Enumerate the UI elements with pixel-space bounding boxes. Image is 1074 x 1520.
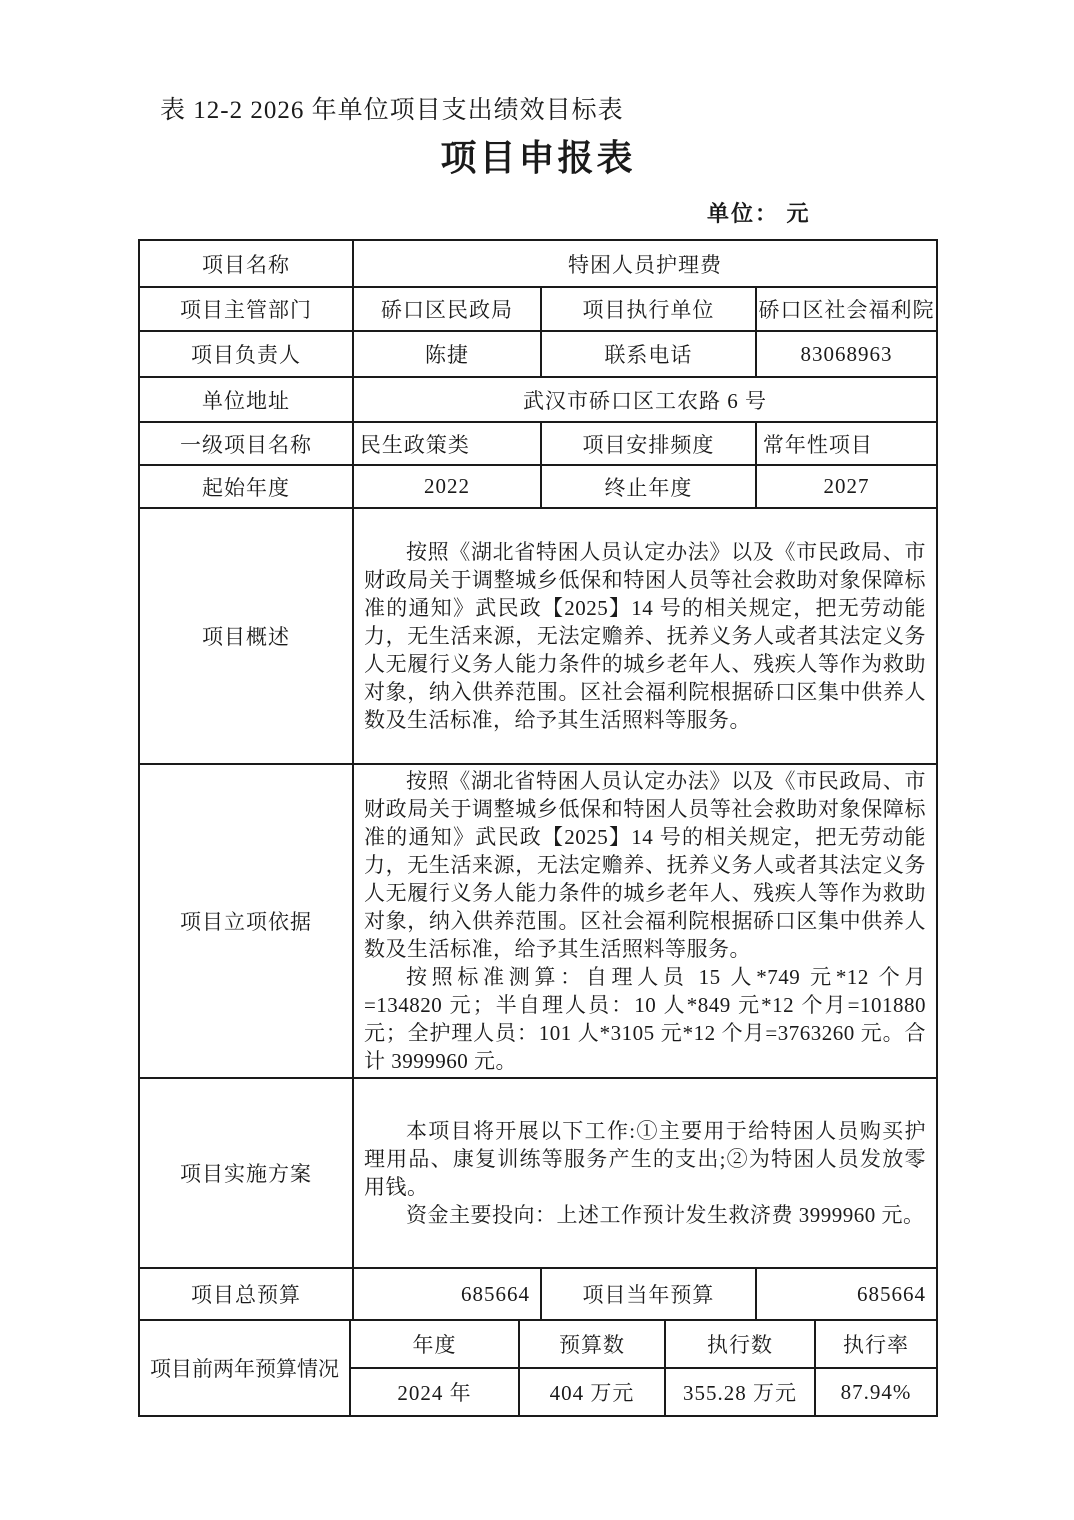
- frequency-value: 常年性项目: [757, 423, 936, 464]
- page-title: 项目申报表: [138, 130, 938, 181]
- plan-label: 项目实施方案: [140, 1079, 354, 1267]
- history-data-row: 2024 年 404 万元 355.28 万元 87.94%: [351, 1369, 936, 1415]
- level1-value: 民生政策类: [354, 423, 542, 464]
- history-col-rate: 执行率: [816, 1321, 936, 1367]
- plan-paragraph-1: 本项目将开展以下工作:①主要用于给特困人员购买护理用品、康复训练等服务产生的支出…: [364, 1117, 926, 1201]
- phone-label: 联系电话: [542, 332, 757, 376]
- manager-value: 陈捷: [354, 332, 542, 376]
- exec-unit-label: 项目执行单位: [542, 288, 757, 330]
- history-exec-value: 355.28 万元: [666, 1369, 816, 1415]
- overview-label: 项目概述: [140, 509, 354, 763]
- basis-paragraph-2: 按照标准测算：自理人员 15 人*749 元*12 个月=134820 元；半自…: [364, 963, 926, 1075]
- basis-paragraph-1: 按照《湖北省特困人员认定办法》以及《市民政局、市财政局关于调整城乡低保和特困人员…: [364, 767, 926, 963]
- doc-table-label: 表 12-2 2026 年单位项目支出绩效目标表: [160, 90, 624, 126]
- dept-label: 项目主管部门: [140, 288, 354, 330]
- row-plan: 项目实施方案 本项目将开展以下工作:①主要用于给特困人员购买护理用品、康复训练等…: [140, 1079, 936, 1269]
- address-label: 单位地址: [140, 378, 354, 421]
- overview-text: 按照《湖北省特困人员认定办法》以及《市民政局、市财政局关于调整城乡低保和特困人员…: [364, 538, 926, 734]
- history-header-row: 年度 预算数 执行数 执行率: [351, 1321, 936, 1369]
- row-level1: 一级项目名称 民生政策类 项目安排频度 常年性项目: [140, 423, 936, 466]
- year-budget-value: 685664: [757, 1269, 936, 1319]
- end-year-value: 2027: [757, 466, 936, 507]
- total-budget-value: 685664: [354, 1269, 542, 1319]
- row-dept: 项目主管部门 硚口区民政局 项目执行单位 硚口区社会福利院: [140, 288, 936, 332]
- exec-unit-value: 硚口区社会福利院: [757, 288, 936, 330]
- history-subtable: 年度 预算数 执行数 执行率 2024 年 404 万元 355.28 万元 8…: [351, 1321, 936, 1415]
- history-label: 项目前两年预算情况: [140, 1321, 351, 1415]
- row-manager: 项目负责人 陈捷 联系电话 83068963: [140, 332, 936, 378]
- level1-label: 一级项目名称: [140, 423, 354, 464]
- document-page: { "colors": { "text": "#1a1a1a", "border…: [0, 0, 1074, 1520]
- total-budget-label: 项目总预算: [140, 1269, 354, 1319]
- year-budget-label: 项目当年预算: [542, 1269, 757, 1319]
- row-history: 项目前两年预算情况 年度 预算数 执行数 执行率 2024 年 404 万元 3…: [140, 1321, 936, 1415]
- application-form-table: 项目名称 特困人员护理费 项目主管部门 硚口区民政局 项目执行单位 硚口区社会福…: [138, 239, 938, 1417]
- dept-value: 硚口区民政局: [354, 288, 542, 330]
- address-value: 武汉市硚口区工农路 6 号: [354, 378, 936, 421]
- history-col-exec: 执行数: [666, 1321, 816, 1367]
- frequency-label: 项目安排频度: [542, 423, 757, 464]
- unit-note: 单位： 元: [707, 197, 811, 228]
- start-year-label: 起始年度: [140, 466, 354, 507]
- row-overview: 项目概述 按照《湖北省特困人员认定办法》以及《市民政局、市财政局关于调整城乡低保…: [140, 509, 936, 765]
- project-name-label: 项目名称: [140, 241, 354, 286]
- history-rate-value: 87.94%: [816, 1369, 936, 1415]
- manager-label: 项目负责人: [140, 332, 354, 376]
- end-year-label: 终止年度: [542, 466, 757, 507]
- history-year-value: 2024 年: [351, 1369, 520, 1415]
- phone-value: 83068963: [757, 332, 936, 376]
- overview-text-cell: 按照《湖北省特困人员认定办法》以及《市民政局、市财政局关于调整城乡低保和特困人员…: [354, 509, 936, 763]
- project-name-value: 特困人员护理费: [354, 241, 936, 286]
- row-project-name: 项目名称 特困人员护理费: [140, 241, 936, 288]
- row-budget: 项目总预算 685664 项目当年预算 685664: [140, 1269, 936, 1321]
- start-year-value: 2022: [354, 466, 542, 507]
- row-years: 起始年度 2022 终止年度 2027: [140, 466, 936, 509]
- row-address: 单位地址 武汉市硚口区工农路 6 号: [140, 378, 936, 423]
- history-col-budget: 预算数: [520, 1321, 666, 1367]
- plan-paragraph-2: 资金主要投向：上述工作预计发生救济费 3999960 元。: [364, 1201, 926, 1229]
- basis-label: 项目立项依据: [140, 765, 354, 1077]
- history-col-year: 年度: [351, 1321, 520, 1367]
- basis-text-cell: 按照《湖北省特困人员认定办法》以及《市民政局、市财政局关于调整城乡低保和特困人员…: [354, 765, 936, 1077]
- row-basis: 项目立项依据 按照《湖北省特困人员认定办法》以及《市民政局、市财政局关于调整城乡…: [140, 765, 936, 1079]
- history-budget-value: 404 万元: [520, 1369, 666, 1415]
- plan-text-cell: 本项目将开展以下工作:①主要用于给特困人员购买护理用品、康复训练等服务产生的支出…: [354, 1079, 936, 1267]
